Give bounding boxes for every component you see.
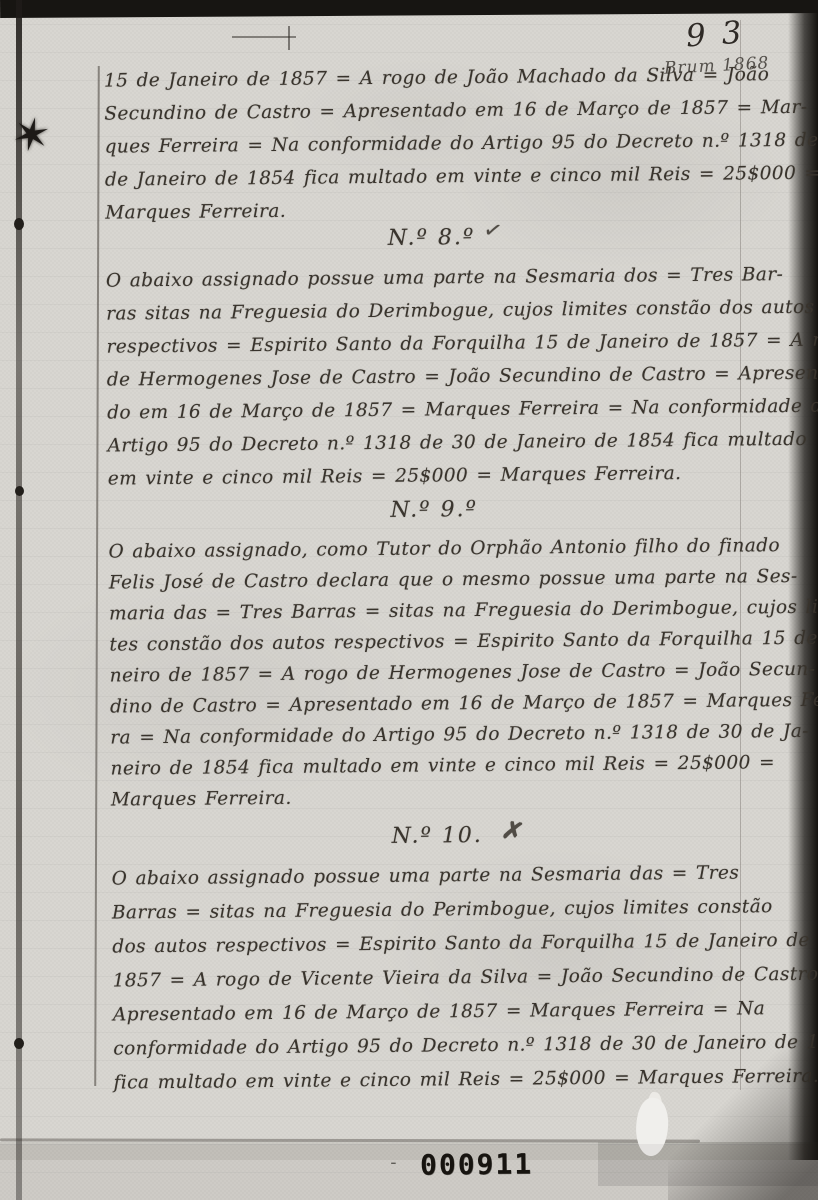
manuscript-text-layer: 15 de Janeiro de 1857 = A rogo de João M… (103, 0, 766, 1200)
binding-knot-icon (15, 486, 24, 496)
manuscript-line: em vinte e cinco mil Reis = 25$000 = Mar… (108, 456, 760, 495)
section-header-label: N.º 9.º (390, 497, 478, 523)
entry-continuation: 15 de Janeiro de 1857 = A rogo de João M… (104, 58, 758, 229)
check-mark-icon: ✓ (481, 217, 507, 246)
entry-8: O abaixo assignado possue uma parte na S… (106, 258, 760, 495)
binding-knot-icon (14, 1038, 24, 1049)
entry-10: O abaixo assignado possue uma parte na S… (112, 856, 766, 1100)
section-header-10: N.º 10. ✗ (111, 820, 763, 851)
binding-knot-icon (14, 218, 24, 230)
manuscript-line: Marques Ferreira. (111, 778, 763, 815)
x-mark-icon: ✗ (499, 814, 528, 848)
manuscript-line: de Janeiro de 1854 fica multado em vinte… (105, 157, 757, 196)
manuscript-line: fica multado em vinte e cinco mil Reis =… (113, 1060, 765, 1100)
section-header-label: N.º 10. (392, 823, 483, 849)
manuscript-line: neiro de 1854 fica multado em vinte e ci… (110, 747, 762, 784)
binding-edge-left: ✶ (16, 0, 22, 1200)
section-header-8: N.º 8.º ✓ (105, 222, 757, 253)
entry-9: O abaixo assignado, como Tutor do Orphão… (108, 530, 763, 815)
section-header-9: N.º 9.º (108, 494, 760, 525)
section-header-label: N.º 8.º (388, 225, 476, 251)
